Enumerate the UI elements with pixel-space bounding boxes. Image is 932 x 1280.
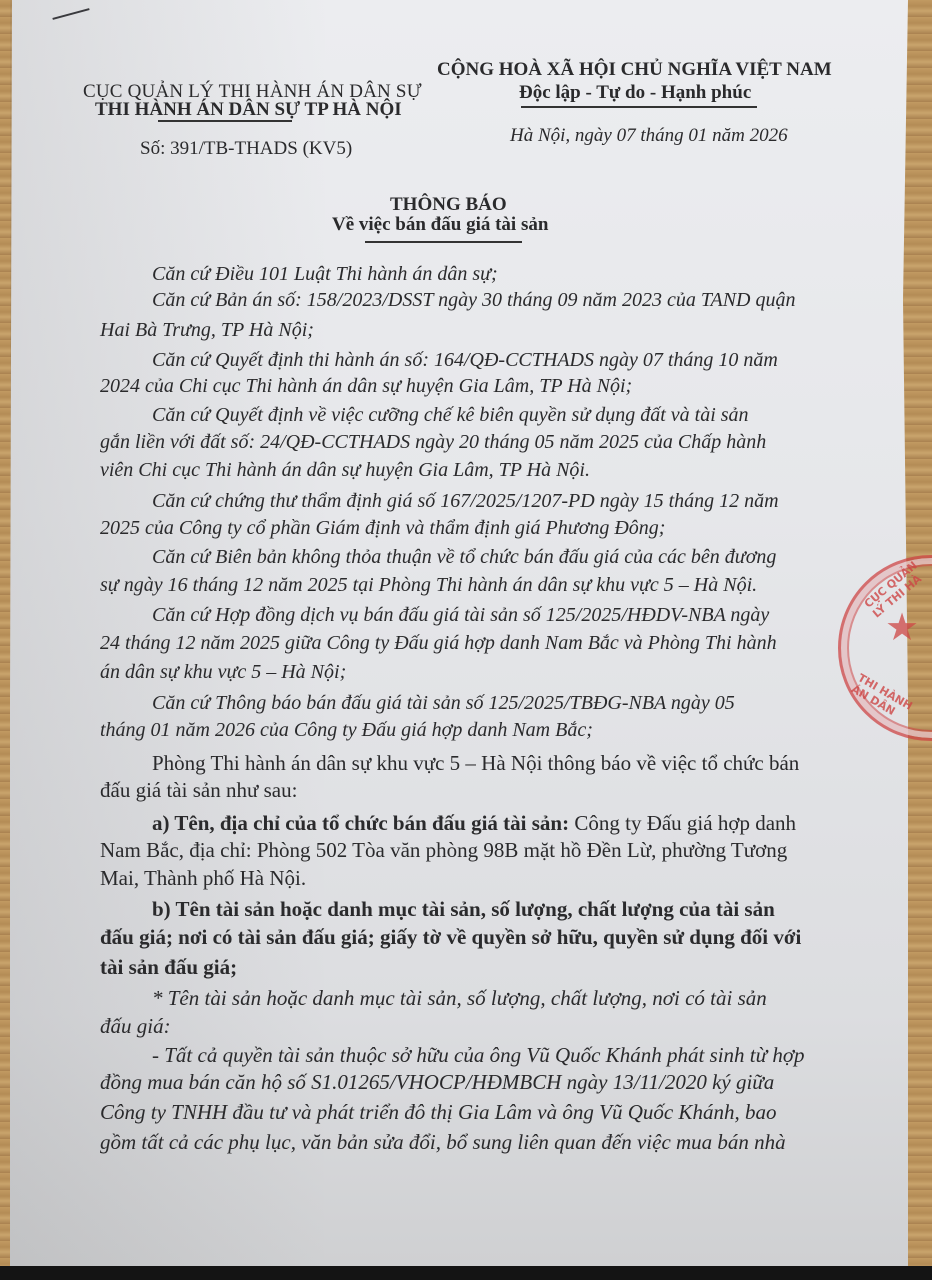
place-date: Hà Nội, ngày 07 tháng 01 năm 2026 bbox=[510, 126, 788, 145]
body-line: Hai Bà Trưng, TP Hà Nội; bbox=[100, 320, 314, 340]
body-line: Mai, Thành phố Hà Nội. bbox=[100, 868, 306, 889]
body-line: viên Chi cục Thi hành án dân sự huyện Gi… bbox=[100, 460, 590, 480]
seal-star-icon: ★ bbox=[885, 605, 919, 650]
motto: Độc lập - Tự do - Hạnh phúc bbox=[519, 83, 751, 102]
national-title: CỘNG HOÀ XÃ HỘI CHỦ NGHĨA VIỆT NAM bbox=[437, 60, 832, 79]
agency-underline bbox=[158, 120, 292, 122]
section-heading: a) Tên, địa chỉ của tổ chức bán đấu giá … bbox=[152, 811, 569, 835]
body-line: đấu giá; nơi có tài sản đấu giá; giấy tờ… bbox=[100, 927, 801, 948]
body-line: - Tất cả quyền tài sản thuộc sở hữu của … bbox=[152, 1045, 805, 1066]
body-line: gồm tất cả các phụ lục, văn bản sửa đổi,… bbox=[100, 1132, 786, 1153]
body-line: đấu giá tài sản như sau: bbox=[100, 780, 297, 801]
body-line: Căn cứ Điều 101 Luật Thi hành án dân sự; bbox=[152, 264, 498, 284]
body-line: Căn cứ Quyết định thi hành án số: 164/QĐ… bbox=[152, 350, 778, 370]
body-line: Nam Bắc, địa chỉ: Phòng 502 Tòa văn phòn… bbox=[100, 840, 787, 861]
body-line: * Tên tài sản hoặc danh mục tài sản, số … bbox=[152, 988, 767, 1009]
body-line: Căn cứ Quyết định về việc cưỡng chế kê b… bbox=[152, 405, 749, 425]
body-line: án dân sự khu vực 5 – Hà Nội; bbox=[100, 662, 346, 682]
body-line: Phòng Thi hành án dân sự khu vực 5 – Hà … bbox=[152, 753, 799, 774]
document-title: THÔNG BÁO bbox=[390, 195, 507, 214]
body-line: 2025 của Công ty cổ phần Giám định và th… bbox=[100, 518, 665, 538]
body-line: tài sản đấu giá; bbox=[100, 957, 237, 978]
document-subtitle: Về việc bán đấu giá tài sản bbox=[332, 215, 548, 234]
section-text: Công ty Đấu giá hợp danh bbox=[569, 811, 796, 835]
body-line: a) Tên, địa chỉ của tổ chức bán đấu giá … bbox=[152, 813, 796, 834]
body-line: sự ngày 16 tháng 12 năm 2025 tại Phòng T… bbox=[100, 575, 757, 595]
bottom-shadow bbox=[0, 1266, 932, 1280]
body-line: Căn cứ Hợp đồng dịch vụ bán đấu giá tài … bbox=[152, 605, 769, 625]
title-underline bbox=[365, 241, 522, 243]
body-line: Căn cứ Biên bản không thỏa thuận về tổ c… bbox=[152, 547, 776, 567]
body-line: đồng mua bán căn hộ số S1.01265/VHOCP/HĐ… bbox=[100, 1072, 774, 1093]
body-line: tháng 01 năm 2026 của Công ty Đấu giá hợ… bbox=[100, 720, 593, 740]
body-line: Công ty TNHH đầu tư và phát triển đô thị… bbox=[100, 1102, 776, 1123]
body-line: gắn liền với đất số: 24/QĐ-CCTHADS ngày … bbox=[100, 432, 766, 452]
body-line: đấu giá: bbox=[100, 1016, 171, 1037]
body-line: Căn cứ Thông báo bán đấu giá tài sản số … bbox=[152, 693, 735, 713]
motto-underline bbox=[521, 106, 757, 108]
agency-name: THI HÀNH ÁN DÂN SỰ TP HÀ NỘI bbox=[95, 100, 402, 119]
body-line: Căn cứ Bản án số: 158/2023/DSST ngày 30 … bbox=[152, 290, 796, 310]
document-number: Số: 391/TB-THADS (KV5) bbox=[140, 139, 352, 158]
body-line: 24 tháng 12 năm 2025 giữa Công ty Đấu gi… bbox=[100, 633, 777, 653]
body-line: b) Tên tài sản hoặc danh mục tài sản, số… bbox=[152, 899, 775, 920]
body-line: Căn cứ chứng thư thẩm định giá số 167/20… bbox=[152, 491, 779, 511]
body-line: 2024 của Chi cục Thi hành án dân sự huyệ… bbox=[100, 376, 632, 396]
